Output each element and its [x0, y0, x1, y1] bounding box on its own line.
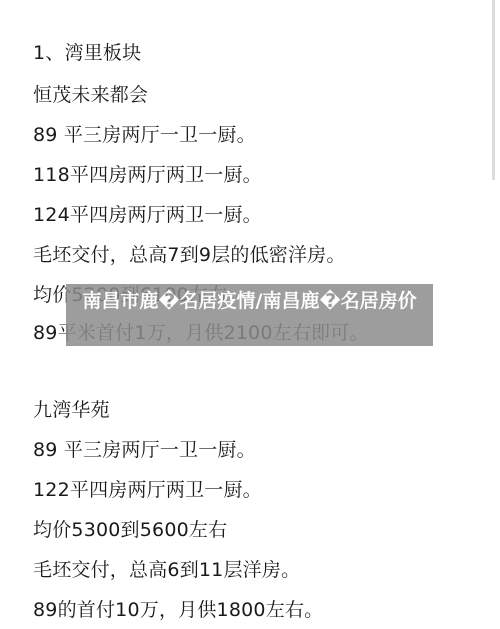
scrollbar[interactable]	[492, 0, 495, 180]
overlay-title: 南昌市鹿�名居疫情/南昌鹿�名居房价	[70, 284, 428, 313]
property-detail-line: 118平四房两厅两卫一厨。	[33, 163, 262, 187]
property-payment-line: 89的首付10万，月供1800左右。	[33, 598, 323, 622]
property-detail-line: 89 平三房两厅一卫一厨。	[33, 123, 256, 147]
property-price-line: 均价5300到5600左右	[33, 518, 227, 542]
property-detail-line: 89 平三房两厅一卫一厨。	[33, 438, 256, 462]
property-name: 九湾华苑	[33, 398, 110, 422]
title-overlay-banner: 南昌市鹿�名居疫情/南昌鹿�名居房价	[66, 284, 433, 346]
section-heading: 1、湾里板块	[33, 41, 141, 65]
property-detail-line: 122平四房两厅两卫一厨。	[33, 478, 262, 502]
property-detail-line: 毛坯交付，总高6到11层洋房。	[33, 558, 300, 582]
property-name: 恒茂未来都会	[33, 83, 148, 107]
property-detail-line: 124平四房两厅两卫一厨。	[33, 203, 262, 227]
property-detail-line: 毛坯交付，总高7到9层的低密洋房。	[33, 243, 346, 267]
